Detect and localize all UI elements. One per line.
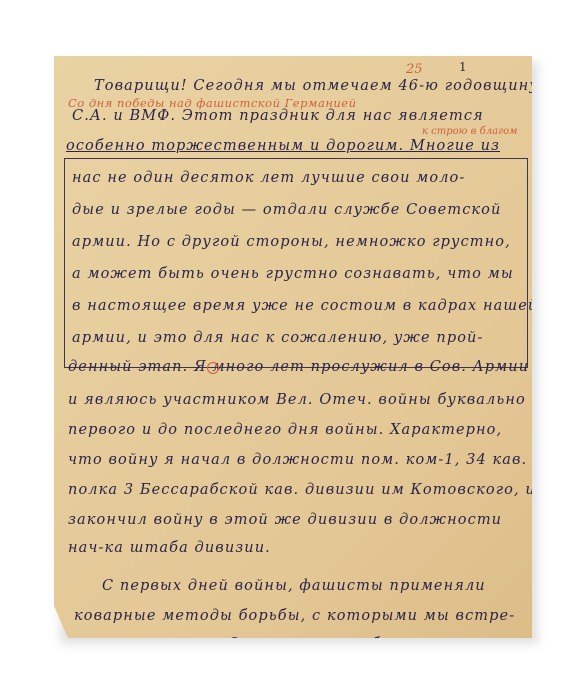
text-line-4: нас не один десяток лет лучшие свои моло… [72, 170, 465, 186]
text-line-14: полка 3 Бессарабской кав. дивизии им Кот… [68, 482, 536, 498]
text-line-12: первого и до последнего дня войны. Харак… [68, 422, 502, 438]
page-number: 1 [459, 60, 468, 74]
text-line-17: С первых дней войны, фашисты применяли [102, 578, 486, 594]
text-line-13: что войну я начал в должности пом. ком-1… [68, 452, 527, 468]
text-line-5: дые и зрелые годы — отдали службе Советс… [72, 202, 501, 218]
red-margin-annotation: к строю в благом [422, 126, 517, 137]
text-line-10: денный этап. Я много лет прослужил в Сов… [68, 359, 529, 375]
text-line-18: коварные методы борьбы, с которыми мы вс… [74, 608, 515, 624]
text-line-6: армии. Но с другой стороны, немножко гру… [72, 234, 511, 250]
text-line-7: а может быть очень грустно сознавать, чт… [72, 266, 514, 282]
text-line-15: закончил войну в этой же дивизии в должн… [68, 512, 502, 528]
text-line-9: армии, и это для нас к сожалению, уже пр… [72, 330, 483, 346]
text-line-2: С.А. и ВМФ. Этот праздник для нас являет… [72, 108, 484, 124]
red-page-mark: 25 [406, 62, 423, 77]
red-circle-mark [207, 362, 219, 374]
manuscript-page: 25 1 Товарищи! Сегодня мы отмечаем 46-ю … [54, 56, 532, 638]
text-line-11: и являюсь участником Вел. Отеч. войны бу… [68, 392, 541, 408]
text-line-1: Товарищи! Сегодня мы отмечаем 46-ю годов… [94, 78, 539, 94]
text-line-8: в настоящее время уже не состоим в кадра… [72, 298, 538, 314]
text-line-3: особенно торжественным и дорогим. Многие… [66, 138, 500, 154]
text-line-16: нач-ка штаба дивизии. [68, 540, 271, 556]
